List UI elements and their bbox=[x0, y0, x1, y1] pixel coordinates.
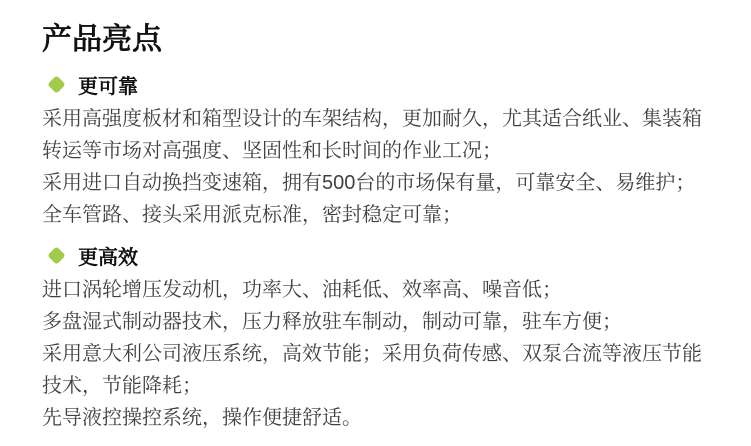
section-efficiency: 更高效 进口涡轮增压发动机，功率大、油耗低、效率高、噪音低； 多盘湿式制动器技术… bbox=[42, 241, 717, 434]
diamond-icon bbox=[47, 246, 65, 264]
section-body: 采用高强度板材和箱型设计的车架结构，更加耐久，尤其适合纸业、集装箱转运等市场对高… bbox=[42, 103, 717, 231]
feature-paragraph: 进口涡轮增压发动机，功率大、油耗低、效率高、噪音低； bbox=[42, 274, 717, 306]
feature-paragraph: 采用意大利公司液压系统，高效节能；采用负荷传感、双泵合流等液压节能技术，节能降耗… bbox=[42, 338, 717, 402]
section-body: 进口涡轮增压发动机，功率大、油耗低、效率高、噪音低； 多盘湿式制动器技术，压力释… bbox=[42, 274, 717, 434]
feature-paragraph: 采用高强度板材和箱型设计的车架结构，更加耐久，尤其适合纸业、集装箱转运等市场对高… bbox=[42, 103, 717, 167]
product-highlights-page: 产品亮点 更可靠 采用高强度板材和箱型设计的车架结构，更加耐久，尤其适合纸业、集… bbox=[0, 0, 751, 446]
feature-paragraph: 全车管路、接头采用派克标准，密封稳定可靠； bbox=[42, 199, 717, 231]
section-heading: 更高效 bbox=[50, 241, 717, 269]
section-heading-label: 更可靠 bbox=[78, 70, 138, 99]
section-heading-label: 更高效 bbox=[78, 241, 138, 270]
feature-paragraph: 采用进口自动换挡变速箱，拥有500台的市场保有量，可靠安全、易维护； bbox=[42, 167, 717, 199]
section-reliability: 更可靠 采用高强度板材和箱型设计的车架结构，更加耐久，尤其适合纸业、集装箱转运等… bbox=[42, 70, 717, 231]
section-heading: 更可靠 bbox=[50, 70, 717, 98]
feature-paragraph: 先导液控操控系统，操作便捷舒适。 bbox=[42, 402, 717, 434]
feature-paragraph: 多盘湿式制动器技术，压力释放驻车制动，制动可靠，驻车方便； bbox=[42, 306, 717, 338]
page-title: 产品亮点 bbox=[42, 22, 717, 58]
diamond-icon bbox=[47, 75, 65, 93]
